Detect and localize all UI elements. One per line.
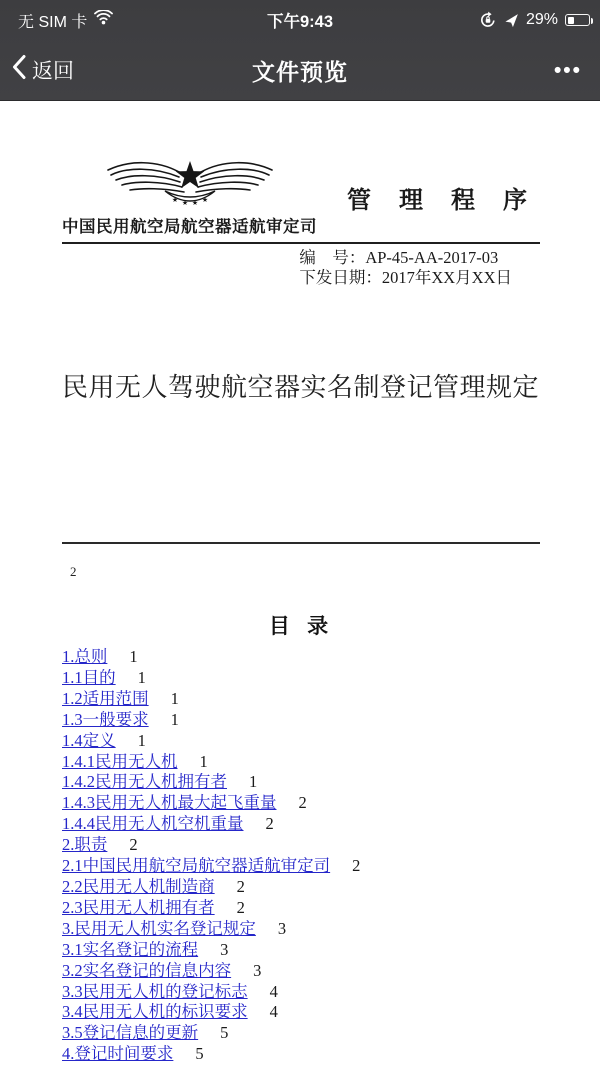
toc-page-number: 4 xyxy=(270,1002,278,1021)
toc-page-number: 2 xyxy=(237,877,245,896)
toc-link[interactable]: 3.4民用无人机的标识要求 xyxy=(62,1002,248,1021)
toc-page-number: 2 xyxy=(237,898,245,917)
toc-row: 2.职责2 xyxy=(62,835,540,856)
battery-icon xyxy=(565,14,590,26)
nav-bar: 返回 文件预览 ••• xyxy=(0,40,600,100)
document-preview: ★ ★ ★ ★ 中国民用航空局航空器适航审定司 管 理 程 序 编 号：AP-4… xyxy=(0,101,600,1065)
toc-row: 1.4.3民用无人机最大起飞重量2 xyxy=(62,793,540,814)
top-chrome: 无 SIM 卡 下午9:43 xyxy=(0,0,600,101)
toc-page-number: 5 xyxy=(195,1044,203,1063)
toc-row: 2.3民用无人机拥有者2 xyxy=(62,898,540,919)
back-label: 返回 xyxy=(32,55,74,85)
toc-row: 1.4.1民用无人机1 xyxy=(62,752,540,773)
toc-page-number: 5 xyxy=(220,1023,228,1042)
back-button[interactable]: 返回 xyxy=(12,54,74,86)
carrier-label: 无 SIM 卡 xyxy=(18,9,87,32)
toc-page-number: 1 xyxy=(249,772,257,791)
toc-row: 3.5登记信息的更新5 xyxy=(62,1023,540,1044)
toc-link[interactable]: 3.3民用无人机的登记标志 xyxy=(62,982,248,1001)
toc-row: 3.4民用无人机的标识要求4 xyxy=(62,1002,540,1023)
toc-page-number: 3 xyxy=(278,919,286,938)
toc-row: 1.1目的1 xyxy=(62,668,540,689)
toc-link[interactable]: 3.5登记信息的更新 xyxy=(62,1023,198,1042)
toc-row: 1.4.2民用无人机拥有者1 xyxy=(62,772,540,793)
svg-text:★: ★ xyxy=(191,199,197,207)
toc-row: 1.3一般要求1 xyxy=(62,710,540,731)
toc-link[interactable]: 3.民用无人机实名登记规定 xyxy=(62,919,256,938)
toc-row: 4.登记时间要求5 xyxy=(62,1044,540,1065)
date-label: 下发日期： xyxy=(299,268,382,287)
toc-row: 2.2民用无人机制造商2 xyxy=(62,877,540,898)
page-break-rule xyxy=(62,542,540,544)
toc-page-number: 1 xyxy=(171,710,179,729)
chevron-left-icon xyxy=(12,54,26,86)
toc-link[interactable]: 1.4.1民用无人机 xyxy=(62,752,178,771)
toc-row: 3.2实名登记的信息内容3 xyxy=(62,961,540,982)
toc-link[interactable]: 4.登记时间要求 xyxy=(62,1044,173,1063)
toc-heading: 目 录 xyxy=(62,610,540,640)
more-button[interactable]: ••• xyxy=(554,60,582,81)
toc-link[interactable]: 1.4.4民用无人机空机重量 xyxy=(62,814,244,833)
document-type-label: 管 理 程 序 xyxy=(347,180,538,215)
caac-emblem-icon: ★ ★ ★ ★ xyxy=(102,158,278,212)
toc-link[interactable]: 1.2适用范围 xyxy=(62,689,149,708)
toc-page-number: 3 xyxy=(220,940,228,959)
toc-row: 3.1实名登记的流程3 xyxy=(62,940,540,961)
toc-page-number: 4 xyxy=(270,982,278,1001)
toc-page-number: 1 xyxy=(138,668,146,687)
svg-text:★: ★ xyxy=(181,199,187,207)
wifi-icon xyxy=(94,10,113,30)
toc-link[interactable]: 3.1实名登记的流程 xyxy=(62,940,198,959)
toc-row: 3.民用无人机实名登记规定3 xyxy=(62,919,540,940)
date-value: 2017年XX月XX日 xyxy=(382,268,512,287)
toc-row: 1.4.4民用无人机空机重量2 xyxy=(62,814,540,835)
battery-percent-label: 29% xyxy=(526,11,558,29)
svg-text:★: ★ xyxy=(201,196,207,204)
toc-link[interactable]: 1.3一般要求 xyxy=(62,710,149,729)
issue-date: 下发日期：2017年XX月XX日 xyxy=(299,268,512,288)
location-arrow-icon xyxy=(504,13,519,28)
toc-link[interactable]: 3.2实名登记的信息内容 xyxy=(62,961,231,980)
toc-list: 1.总则11.1目的11.2适用范围11.3一般要求11.4定义11.4.1民用… xyxy=(62,647,540,1065)
status-bar: 无 SIM 卡 下午9:43 xyxy=(0,0,600,40)
page-number: 2 xyxy=(62,564,540,580)
toc-page-number: 2 xyxy=(266,814,274,833)
document-header: ★ ★ ★ ★ 中国民用航空局航空器适航审定司 管 理 程 序 xyxy=(62,158,540,237)
document-meta: 编 号：AP-45-AA-2017-03 下发日期：2017年XX月XX日 xyxy=(299,248,512,287)
page-title: 文件预览 xyxy=(0,54,600,87)
toc-row: 3.3民用无人机的登记标志4 xyxy=(62,982,540,1003)
toc-page-number: 1 xyxy=(129,647,137,666)
agency-name: 中国民用航空局航空器适航审定司 xyxy=(62,213,317,237)
toc-link[interactable]: 2.职责 xyxy=(62,835,107,854)
toc-row: 1.总则1 xyxy=(62,647,540,668)
toc-page-number: 1 xyxy=(171,689,179,708)
number-label: 编 号： xyxy=(299,248,365,267)
toc-row: 2.1中国民用航空局航空器适航审定司2 xyxy=(62,856,540,877)
toc-link[interactable]: 1.1目的 xyxy=(62,668,116,687)
toc-link[interactable]: 2.2民用无人机制造商 xyxy=(62,877,215,896)
toc-page-number: 1 xyxy=(200,752,208,771)
toc-link[interactable]: 1.4定义 xyxy=(62,731,116,750)
toc-link[interactable]: 1.4.2民用无人机拥有者 xyxy=(62,772,227,791)
toc-link[interactable]: 1.4.3民用无人机最大起飞重量 xyxy=(62,793,277,812)
svg-text:★: ★ xyxy=(171,196,177,204)
document-title: 民用无人驾驶航空器实名制登记管理规定 xyxy=(62,367,540,404)
toc-page-number: 2 xyxy=(352,856,360,875)
toc-page-number: 1 xyxy=(138,731,146,750)
toc-row: 1.4定义1 xyxy=(62,731,540,752)
header-rule xyxy=(62,242,540,244)
toc-row: 1.2适用范围1 xyxy=(62,689,540,710)
document-number: 编 号：AP-45-AA-2017-03 xyxy=(299,248,512,268)
toc-link[interactable]: 1.总则 xyxy=(62,647,107,666)
toc-page-number: 3 xyxy=(253,961,261,980)
orientation-lock-icon xyxy=(479,11,497,29)
toc-page-number: 2 xyxy=(299,793,307,812)
toc-link[interactable]: 2.3民用无人机拥有者 xyxy=(62,898,215,917)
toc-link[interactable]: 2.1中国民用航空局航空器适航审定司 xyxy=(62,856,330,875)
number-value: AP-45-AA-2017-03 xyxy=(365,248,498,267)
toc-page-number: 2 xyxy=(129,835,137,854)
